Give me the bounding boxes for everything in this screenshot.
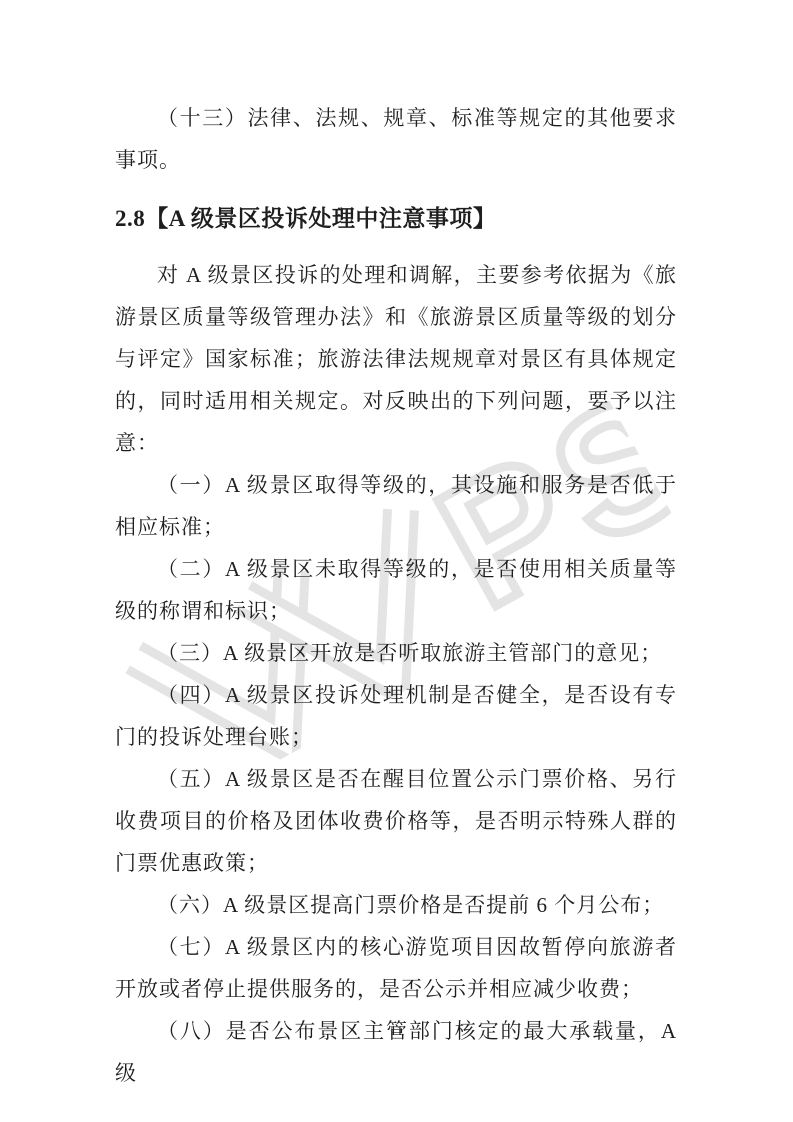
page-body: （十三）法律、法规、规章、标准等规定的其他要求事项。 2.8【A 级景区投诉处理…	[115, 97, 677, 1094]
body-paragraph: （八）是否公布景区主管部门核定的最大承载量，A 级	[115, 1010, 677, 1094]
section-heading: 2.8【A 级景区投诉处理中注意事项】	[115, 203, 677, 235]
body-paragraph: （七）A 级景区内的核心游览项目因故暂停向旅游者开放或者停止提供服务的，是否公示…	[115, 926, 677, 1010]
body-paragraph: （六）A 级景区提高门票价格是否提前 6 个月公布；	[115, 884, 677, 926]
body-paragraph: （五）A 级景区是否在醒目位置公示门票价格、另行收费项目的价格及团体收费价格等，…	[115, 758, 677, 884]
body-paragraph: （二）A 级景区未取得等级的，是否使用相关质量等级的称谓和标识；	[115, 548, 677, 632]
body-paragraph: 对 A 级景区投诉的处理和调解，主要参考依据为《旅游景区质量等级管理办法》和《旅…	[115, 254, 677, 464]
document-page: PS （十三）法律、法规、规章、标准等规定的其他要求事项。 2.8【A 级景区投…	[0, 0, 793, 1122]
body-paragraph: （四）A 级景区投诉处理机制是否健全，是否设有专门的投诉处理台账；	[115, 674, 677, 758]
body-paragraph: （三）A 级景区开放是否听取旅游主管部门的意见；	[115, 632, 677, 674]
body-paragraph: （一）A 级景区取得等级的，其设施和服务是否低于相应标准；	[115, 464, 677, 548]
page-number: 11	[0, 1024, 793, 1040]
intro-paragraph: （十三）法律、法规、规章、标准等规定的其他要求事项。	[115, 97, 677, 181]
